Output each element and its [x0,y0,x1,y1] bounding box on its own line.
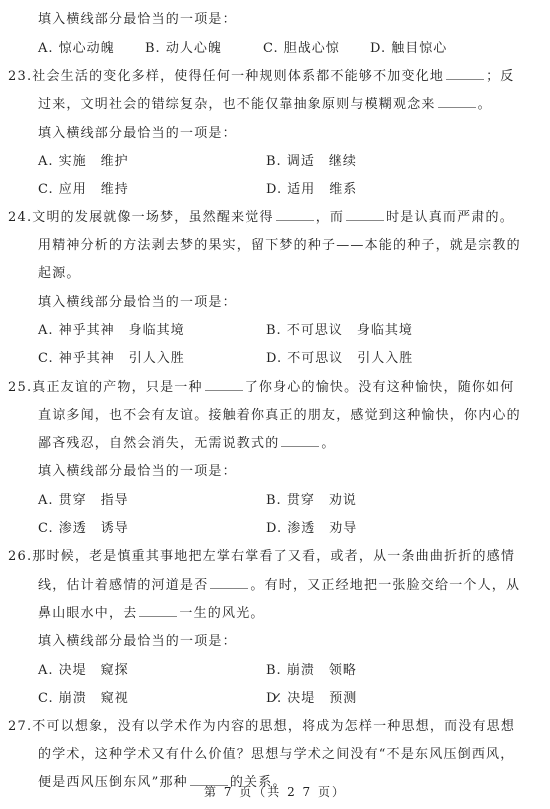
q24-line2: 用精神分析的方法剥去梦的果实，留下梦的种子——本能的种子，就是宗教的 [38,234,521,253]
q25-option-b: B. 贯穿 劝说 [266,489,357,508]
q26-option-d-marked: D. 决堤 预测 [266,687,550,706]
q23-line1: 23.社会生活的变化多样，使得任何一种规则体系都不能够不加变化地；反 [8,65,515,84]
q24-option-d: D. 不可思议 引人入胜 [266,347,413,366]
q26-line3: 鼻山眼水中，去一生的风光。 [38,602,265,621]
q24-line1: 24.文明的发展就像一场梦，虽然醒来觉得，而时是认真而严肃的。 [8,206,514,225]
q26-line2: 线，估计着感情的河道是否。有时，又正经地把一张脸交给一个人，从 [38,574,520,593]
blank [139,606,177,617]
q22-prompt: 填入横线部分最恰当的一项是： [38,8,237,27]
q25-line2: 直谅多闻，也不会有友谊。接触着你真正的朋友，感觉到这种愉快，你内心的 [38,404,521,423]
blank [210,578,248,589]
blank [205,380,243,391]
q25-option-c: C. 渗透 诱导 [38,517,129,536]
q22-option-a: A. 惊心动魄 [38,37,115,56]
q22-option-b: B. 动人心魄 [145,37,222,56]
q26-option-a: A. 决堤 窥探 [38,659,129,678]
q24-option-a: A. 神乎其神 身临其境 [38,319,185,338]
q23-prompt: 填入横线部分最恰当的一项是： [38,122,237,141]
q26-option-c: C. 崩溃 窥视 [38,687,129,706]
q24-number: 24. [8,210,32,225]
q24-option-c: C. 神乎其神 引人入胜 [38,347,185,366]
q26-line1: 26.那时候，老是慎重其事地把左掌右掌看了又看，或者，从一条曲曲折折的感情 [8,545,515,564]
q25-option-a: A. 贯穿 指导 [38,489,129,508]
blank [438,97,476,108]
q26-number: 26. [8,549,32,564]
blank [281,436,319,447]
q27-number: 27. [8,719,32,734]
blank [446,69,484,80]
q24-line3: 起源。 [38,262,81,281]
q26-option-b: B. 崩溃 领略 [266,659,357,678]
q22-option-c: C. 胆战心惊 [263,37,340,56]
q23-option-d: D. 适用 维系 [266,178,357,197]
q25-line3: 鄙吝残忍，自然会消失，无需说教式的。 [38,432,336,451]
q27-line1: 27.不可以想象，没有以学术作为内容的思想，将成为怎样一种思想，而没有思想 [8,715,515,734]
q23-number: 23. [8,69,32,84]
q23-option-b: B. 调适 继续 [266,150,357,169]
q26-prompt: 填入横线部分最恰当的一项是： [38,630,237,649]
blank [346,210,384,221]
q25-prompt: 填入横线部分最恰当的一项是： [38,460,237,479]
q23-option-c: C. 应用 维持 [38,178,129,197]
q23-line2: 过来，文明社会的错综复杂，也不能仅靠抽象原则与模糊观念来。 [38,93,492,112]
q27-line2: 的学术，这种学术又有什么价值？思想与学术之间没有“不是东风压倒西风， [38,743,514,762]
blank [276,210,314,221]
q25-line1: 25.真正友谊的产物，只是一种了你身心的愉快。没有这种愉快，随你如何 [8,376,515,395]
q22-option-d: D. 触目惊心 [370,37,447,56]
q25-option-d: D. 渗透 劝导 [266,517,357,536]
page-footer: 第 7 页（共 2 7 页） [0,783,550,800]
q24-option-b: B. 不可思议 身临其境 [266,319,413,338]
q25-number: 25. [8,380,32,395]
q23-option-a: A. 实施 维护 [38,150,129,169]
q24-prompt: 填入横线部分最恰当的一项是： [38,291,237,310]
